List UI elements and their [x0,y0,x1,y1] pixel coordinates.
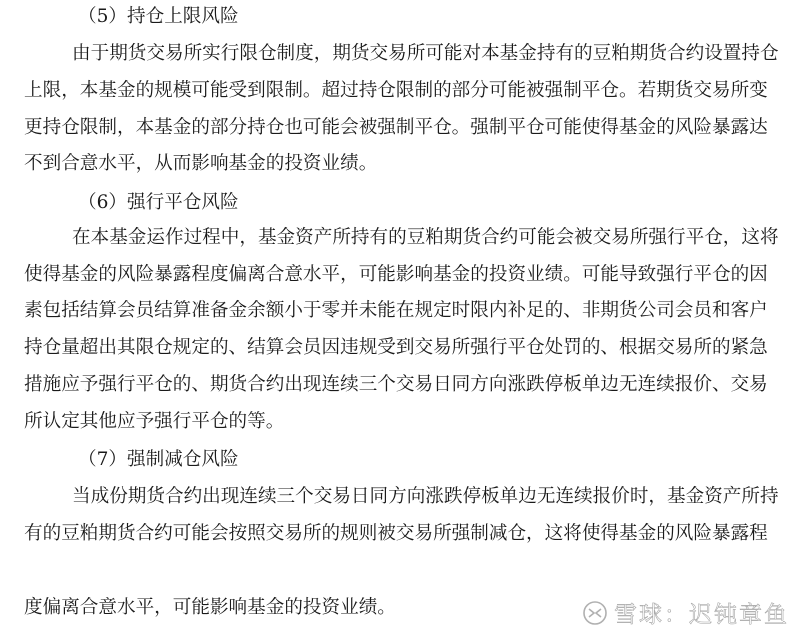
paragraph-line: 上限，本基金的规模可能受到限制。超过持仓限制的部分可能被强制平仓。若期货交易所变 [24,79,768,103]
paragraph-line: 在本基金运作过程中，基金资产所持有的豆粕期货合约可能会被交易所强行平仓，这将 [72,226,779,250]
section-heading-7: （7）强制减仓风险 [78,448,239,472]
paragraph-line: 不到合意水平，从而影响基金的投资业绩。 [24,152,377,176]
paragraph-line: 当成份期货合约出现连续三个交易日同方向涨跌停板单边无连续报价时，基金资产所持 [72,485,779,509]
paragraph-line: 更持仓限制，本基金的部分持仓也可能会被强制平仓。强制平仓可能使得基金的风险暴露达 [24,116,768,140]
paragraph-line: 度偏离合意水平，可能影响基金的投资业绩。 [24,596,396,620]
paragraph-line: 所认定其他应予强行平仓的等。 [24,410,284,434]
section-heading-5: （5）持仓上限风险 [78,5,239,29]
paragraph-line: 素包括结算会员结算准备金余额小于零并未能在规定时限内补足的、非期货公司会员和客户 [24,299,768,323]
paragraph-line: 由于期货交易所实行限仓制度，期货交易所可能对本基金持有的豆粕期货合约设置持仓 [72,42,779,66]
watermark-text: 雪球：迟钝章鱼 [614,596,789,629]
paragraph-line: 持仓量超出其限仓规定的、结算会员因违规受到交易所强行平仓处罚的、根据交易所的紧急 [24,336,768,360]
xueqiu-logo-icon [582,600,608,626]
watermark: 雪球：迟钝章鱼 [582,596,789,629]
paragraph-line: 有的豆粕期货合约可能会按照交易所的规则被交易所强制减仓，这将使得基金的风险暴露程 [24,522,768,546]
paragraph-line: 措施应予强行平仓的、期货合约出现连续三个交易日同方向涨跌停板单边无连续报价、交易 [24,373,768,397]
paragraph-line: 使得基金的风险暴露程度偏离合意水平，可能影响基金的投资业绩。可能导致强行平仓的因 [24,263,768,287]
section-heading-6: （6）强行平仓风险 [78,191,239,215]
